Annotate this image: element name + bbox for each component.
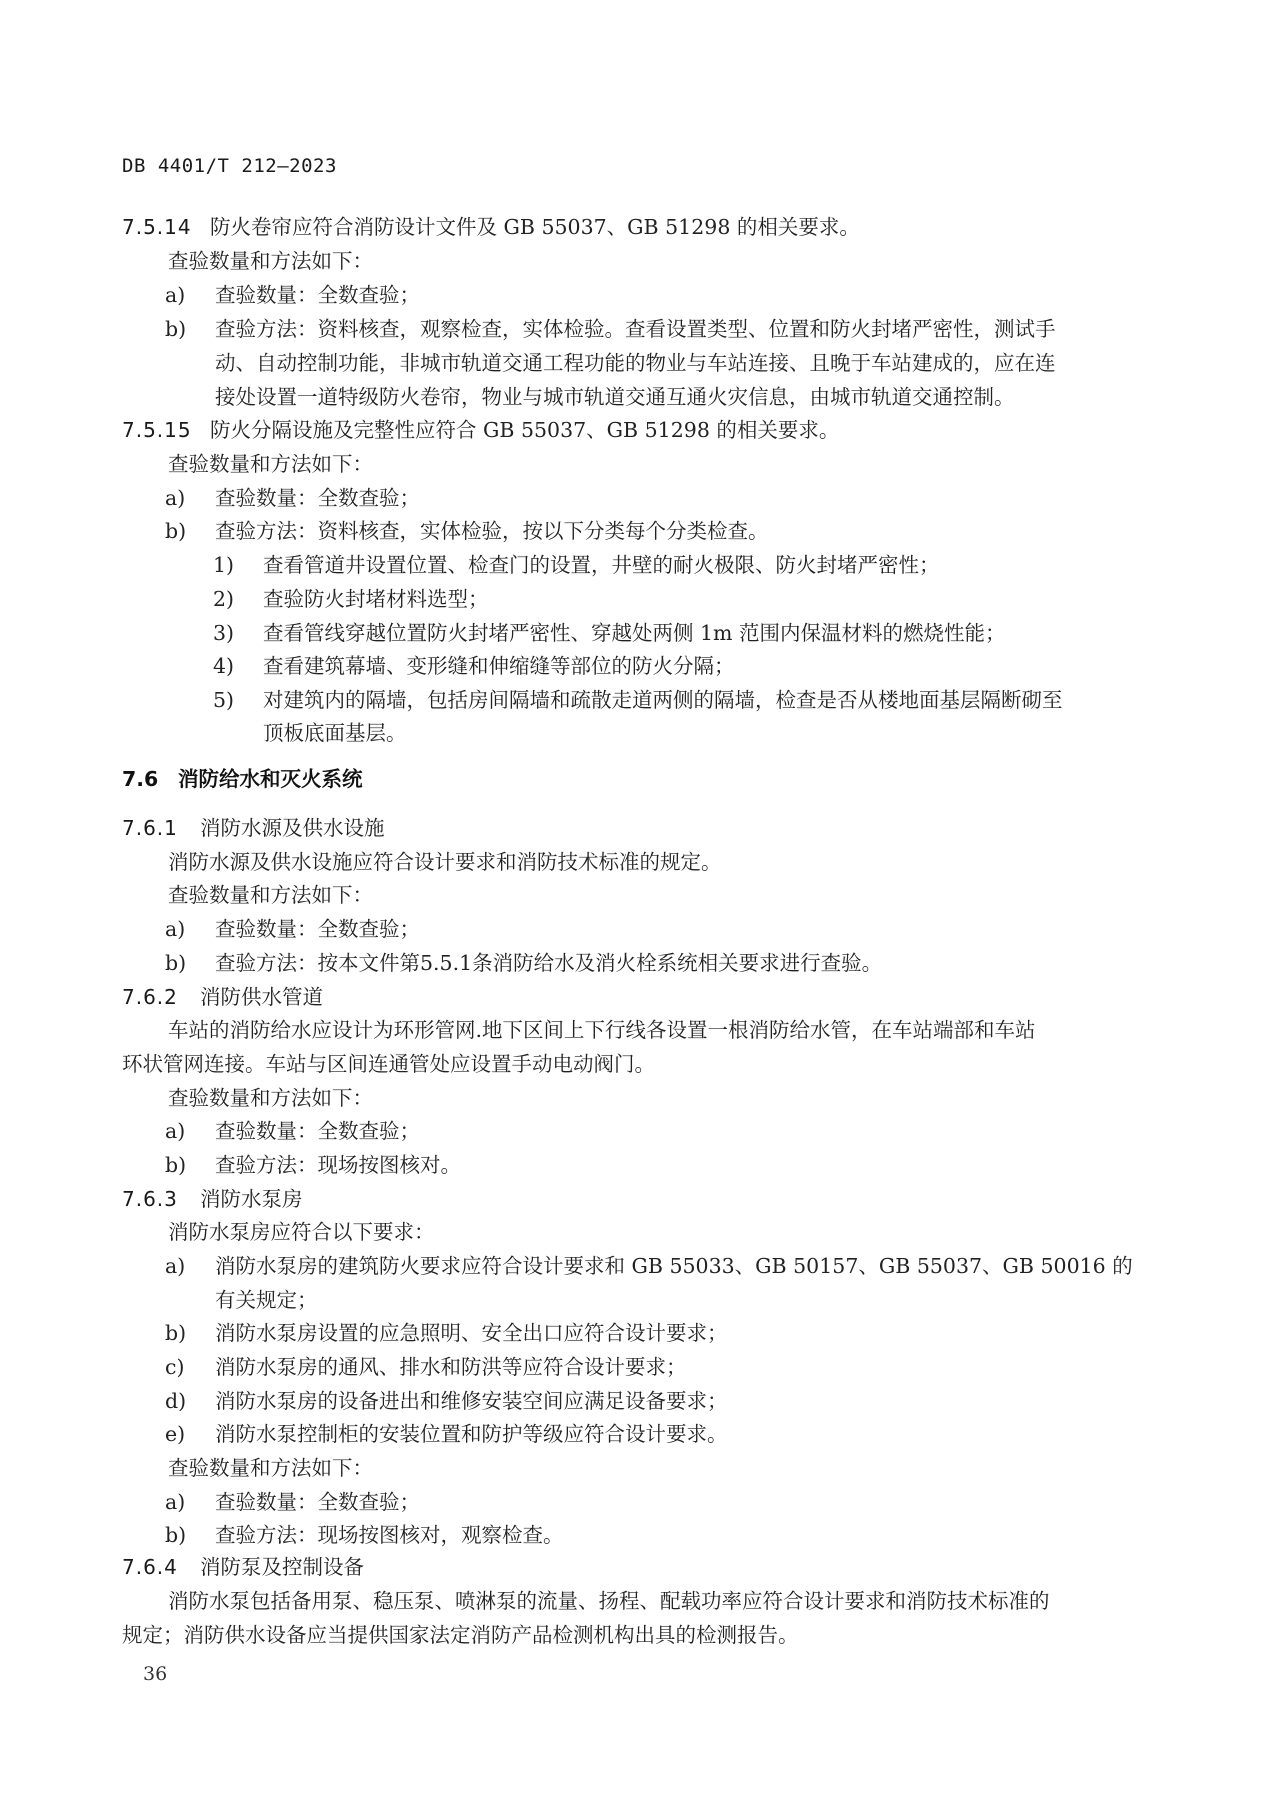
list-text: 查看管道井设置位置、检查门的设置，井壁的耐火极限、防火封堵严密性；: [263, 553, 940, 577]
list-item-b-continued: 接处设置一道特级防火卷帘，物业与城市轨道交通互通火灾信息，由城市轨道交通控制。: [215, 380, 1015, 414]
list-text: 消防水泵房的设备进出和维修安装空间应满足设备要求；: [215, 1389, 728, 1413]
list-marker: a): [165, 1485, 215, 1519]
list-text: 消防水泵房的建筑防火要求应符合设计要求和 GB 55033、GB 50157、G…: [215, 1254, 1133, 1278]
clause-body: 消防水泵房应符合以下要求：: [168, 1215, 435, 1249]
list-marker: 3): [213, 616, 263, 650]
sub-item-2: 2)查验防火封堵材料选型；: [213, 582, 489, 616]
clause-title: 防火卷帘应符合消防设计文件及 GB 55037、GB 51298 的相关要求。: [210, 215, 860, 239]
list-item-b: b)查验方法：现场按图核对。: [165, 1148, 461, 1182]
inspection-intro: 查验数量和方法如下：: [168, 447, 373, 481]
requirement-e: e)消防水泵控制柜的安装位置和防护等级应符合设计要求。: [165, 1417, 728, 1451]
clause-7-5-15-heading: 7.5.15防火分隔设施及完整性应符合 GB 55037、GB 51298 的相…: [122, 413, 839, 447]
clause-number: 7.6.3: [122, 1182, 200, 1216]
list-marker: b): [165, 1148, 215, 1182]
list-item-b: b)查验方法：资料核查，观察检查，实体检验。查看设置类型、位置和防火封堵严密性，…: [165, 312, 1056, 346]
inspection-intro: 查验数量和方法如下：: [168, 1081, 373, 1115]
clause-title: 消防水源及供水设施: [200, 816, 385, 840]
clause-number: 7.6.4: [122, 1550, 200, 1584]
list-marker: a): [165, 1249, 215, 1283]
list-marker: a): [165, 912, 215, 946]
clause-number: 7.5.15: [122, 413, 210, 447]
list-text: 消防水泵房的通风、排水和防洪等应符合设计要求；: [215, 1355, 687, 1379]
list-item-a: a)查验数量：全数查验；: [165, 1485, 420, 1519]
list-text: 查验数量：全数查验；: [215, 917, 420, 941]
list-marker: a): [165, 1114, 215, 1148]
list-item-a: a)查验数量：全数查验；: [165, 912, 420, 946]
list-text: 查验方法：现场按图核对，观察检查。: [215, 1523, 564, 1547]
list-text: 查验数量：全数查验；: [215, 1490, 420, 1514]
list-marker: a): [165, 481, 215, 515]
list-marker: e): [165, 1417, 215, 1451]
list-text: 消防水泵控制柜的安装位置和防护等级应符合设计要求。: [215, 1422, 728, 1446]
list-marker: b): [165, 1316, 215, 1350]
inspection-intro: 查验数量和方法如下：: [168, 244, 373, 278]
clause-body: 消防水源及供水设施应符合设计要求和消防技术标准的规定。: [168, 845, 722, 879]
list-text: 查验方法：资料核查，实体检验，按以下分类每个分类检查。: [215, 519, 769, 543]
list-text: 查验防火封堵材料选型；: [263, 587, 489, 611]
list-marker: c): [165, 1350, 215, 1384]
section-title: 消防给水和灭火系统: [178, 767, 363, 791]
list-item-b-continued: 动、自动控制功能，非城市轨道交通工程功能的物业与车站连接、且晚于车站建成的，应在…: [215, 346, 1056, 380]
clause-7-6-1-heading: 7.6.1消防水源及供水设施: [122, 811, 385, 845]
list-marker: b): [165, 312, 215, 346]
clause-body: 车站的消防给水应设计为环形管网.地下区间上下行线各设置一根消防给水管，在车站端部…: [168, 1013, 1036, 1047]
clause-body-continued: 规定；消防供水设备应当提供国家法定消防产品检测机构出具的检测报告。: [122, 1618, 799, 1652]
list-item-a: a)查验数量：全数查验；: [165, 1114, 420, 1148]
list-item-a: a)查验数量：全数查验；: [165, 481, 420, 515]
sub-item-5: 5)对建筑内的隔墙，包括房间隔墙和疏散走道两侧的隔墙，检查是否从楼地面基层隔断砌…: [213, 683, 1063, 717]
list-marker: 5): [213, 683, 263, 717]
document-page: DB 4401/T 212—2023 7.5.14防火卷帘应符合消防设计文件及 …: [0, 0, 1280, 1810]
requirement-a-continued: 有关规定；: [215, 1283, 318, 1317]
list-marker: 1): [213, 548, 263, 582]
sub-item-3: 3)查看管线穿越位置防火封堵严密性、穿越处两侧 1m 范围内保温材料的燃烧性能；: [213, 616, 1006, 650]
requirement-d: d)消防水泵房的设备进出和维修安装空间应满足设备要求；: [165, 1384, 728, 1418]
clause-title: 消防水泵房: [200, 1187, 303, 1211]
inspection-intro: 查验数量和方法如下：: [168, 878, 373, 912]
list-text: 查看建筑幕墙、变形缝和伸缩缝等部位的防火分隔；: [263, 654, 735, 678]
clause-7-6-2-heading: 7.6.2消防供水管道: [122, 980, 323, 1014]
list-text: 查验方法：按本文件第5.5.1条消防给水及消火栓系统相关要求进行查验。: [215, 951, 882, 975]
sub-item-5-continued: 顶板底面基层。: [263, 716, 407, 750]
clause-title: 防火分隔设施及完整性应符合 GB 55037、GB 51298 的相关要求。: [210, 418, 839, 442]
clause-7-5-14-heading: 7.5.14防火卷帘应符合消防设计文件及 GB 55037、GB 51298 的…: [122, 210, 860, 244]
clause-title: 消防泵及控制设备: [200, 1555, 364, 1579]
list-text: 消防水泵房设置的应急照明、安全出口应符合设计要求；: [215, 1321, 728, 1345]
list-marker: a): [165, 278, 215, 312]
clause-number: 7.6.2: [122, 980, 200, 1014]
section-number: 7.6: [122, 762, 178, 796]
inspection-intro: 查验数量和方法如下：: [168, 1451, 373, 1485]
requirement-b: b)消防水泵房设置的应急照明、安全出口应符合设计要求；: [165, 1316, 728, 1350]
list-marker: b): [165, 1518, 215, 1552]
list-text: 查验方法：资料核查，观察检查，实体检验。查看设置类型、位置和防火封堵严密性，测试…: [215, 317, 1056, 341]
list-text: 查验方法：现场按图核对。: [215, 1153, 461, 1177]
list-marker: b): [165, 946, 215, 980]
list-text: 查看管线穿越位置防火封堵严密性、穿越处两侧 1m 范围内保温材料的燃烧性能；: [263, 621, 1006, 645]
sub-item-1: 1)查看管道井设置位置、检查门的设置，井壁的耐火极限、防火封堵严密性；: [213, 548, 940, 582]
list-item-b: b)查验方法：按本文件第5.5.1条消防给水及消火栓系统相关要求进行查验。: [165, 946, 882, 980]
list-item-a: a)查验数量：全数查验；: [165, 278, 420, 312]
list-item-b: b)查验方法：资料核查，实体检验，按以下分类每个分类检查。: [165, 514, 769, 548]
clause-7-6-4-heading: 7.6.4消防泵及控制设备: [122, 1550, 364, 1584]
requirement-a: a)消防水泵房的建筑防火要求应符合设计要求和 GB 55033、GB 50157…: [165, 1249, 1133, 1283]
list-item-b: b)查验方法：现场按图核对，观察检查。: [165, 1518, 564, 1552]
clause-number: 7.6.1: [122, 811, 200, 845]
list-text: 对建筑内的隔墙，包括房间隔墙和疏散走道两侧的隔墙，检查是否从楼地面基层隔断砌至: [263, 688, 1063, 712]
clause-body: 消防水泵包括备用泵、稳压泵、喷淋泵的流量、扬程、配载功率应符合设计要求和消防技术…: [168, 1584, 1050, 1618]
page-number: 36: [143, 1663, 167, 1685]
list-marker: d): [165, 1384, 215, 1418]
sub-item-4: 4)查看建筑幕墙、变形缝和伸缩缝等部位的防火分隔；: [213, 649, 735, 683]
list-text: 查验数量：全数查验；: [215, 1119, 420, 1143]
list-text: 查验数量：全数查验；: [215, 283, 420, 307]
clause-title: 消防供水管道: [200, 985, 323, 1009]
list-marker: 4): [213, 649, 263, 683]
list-text: 查验数量：全数查验；: [215, 486, 420, 510]
list-marker: b): [165, 514, 215, 548]
requirement-c: c)消防水泵房的通风、排水和防洪等应符合设计要求；: [165, 1350, 687, 1384]
list-marker: 2): [213, 582, 263, 616]
clause-7-6-3-heading: 7.6.3消防水泵房: [122, 1182, 303, 1216]
clause-body-continued: 环状管网连接。车站与区间连通管处应设置手动电动阀门。: [122, 1047, 655, 1081]
clause-number: 7.5.14: [122, 210, 210, 244]
document-id-header: DB 4401/T 212—2023: [122, 155, 337, 177]
section-7-6-heading: 7.6消防给水和灭火系统: [122, 762, 363, 796]
